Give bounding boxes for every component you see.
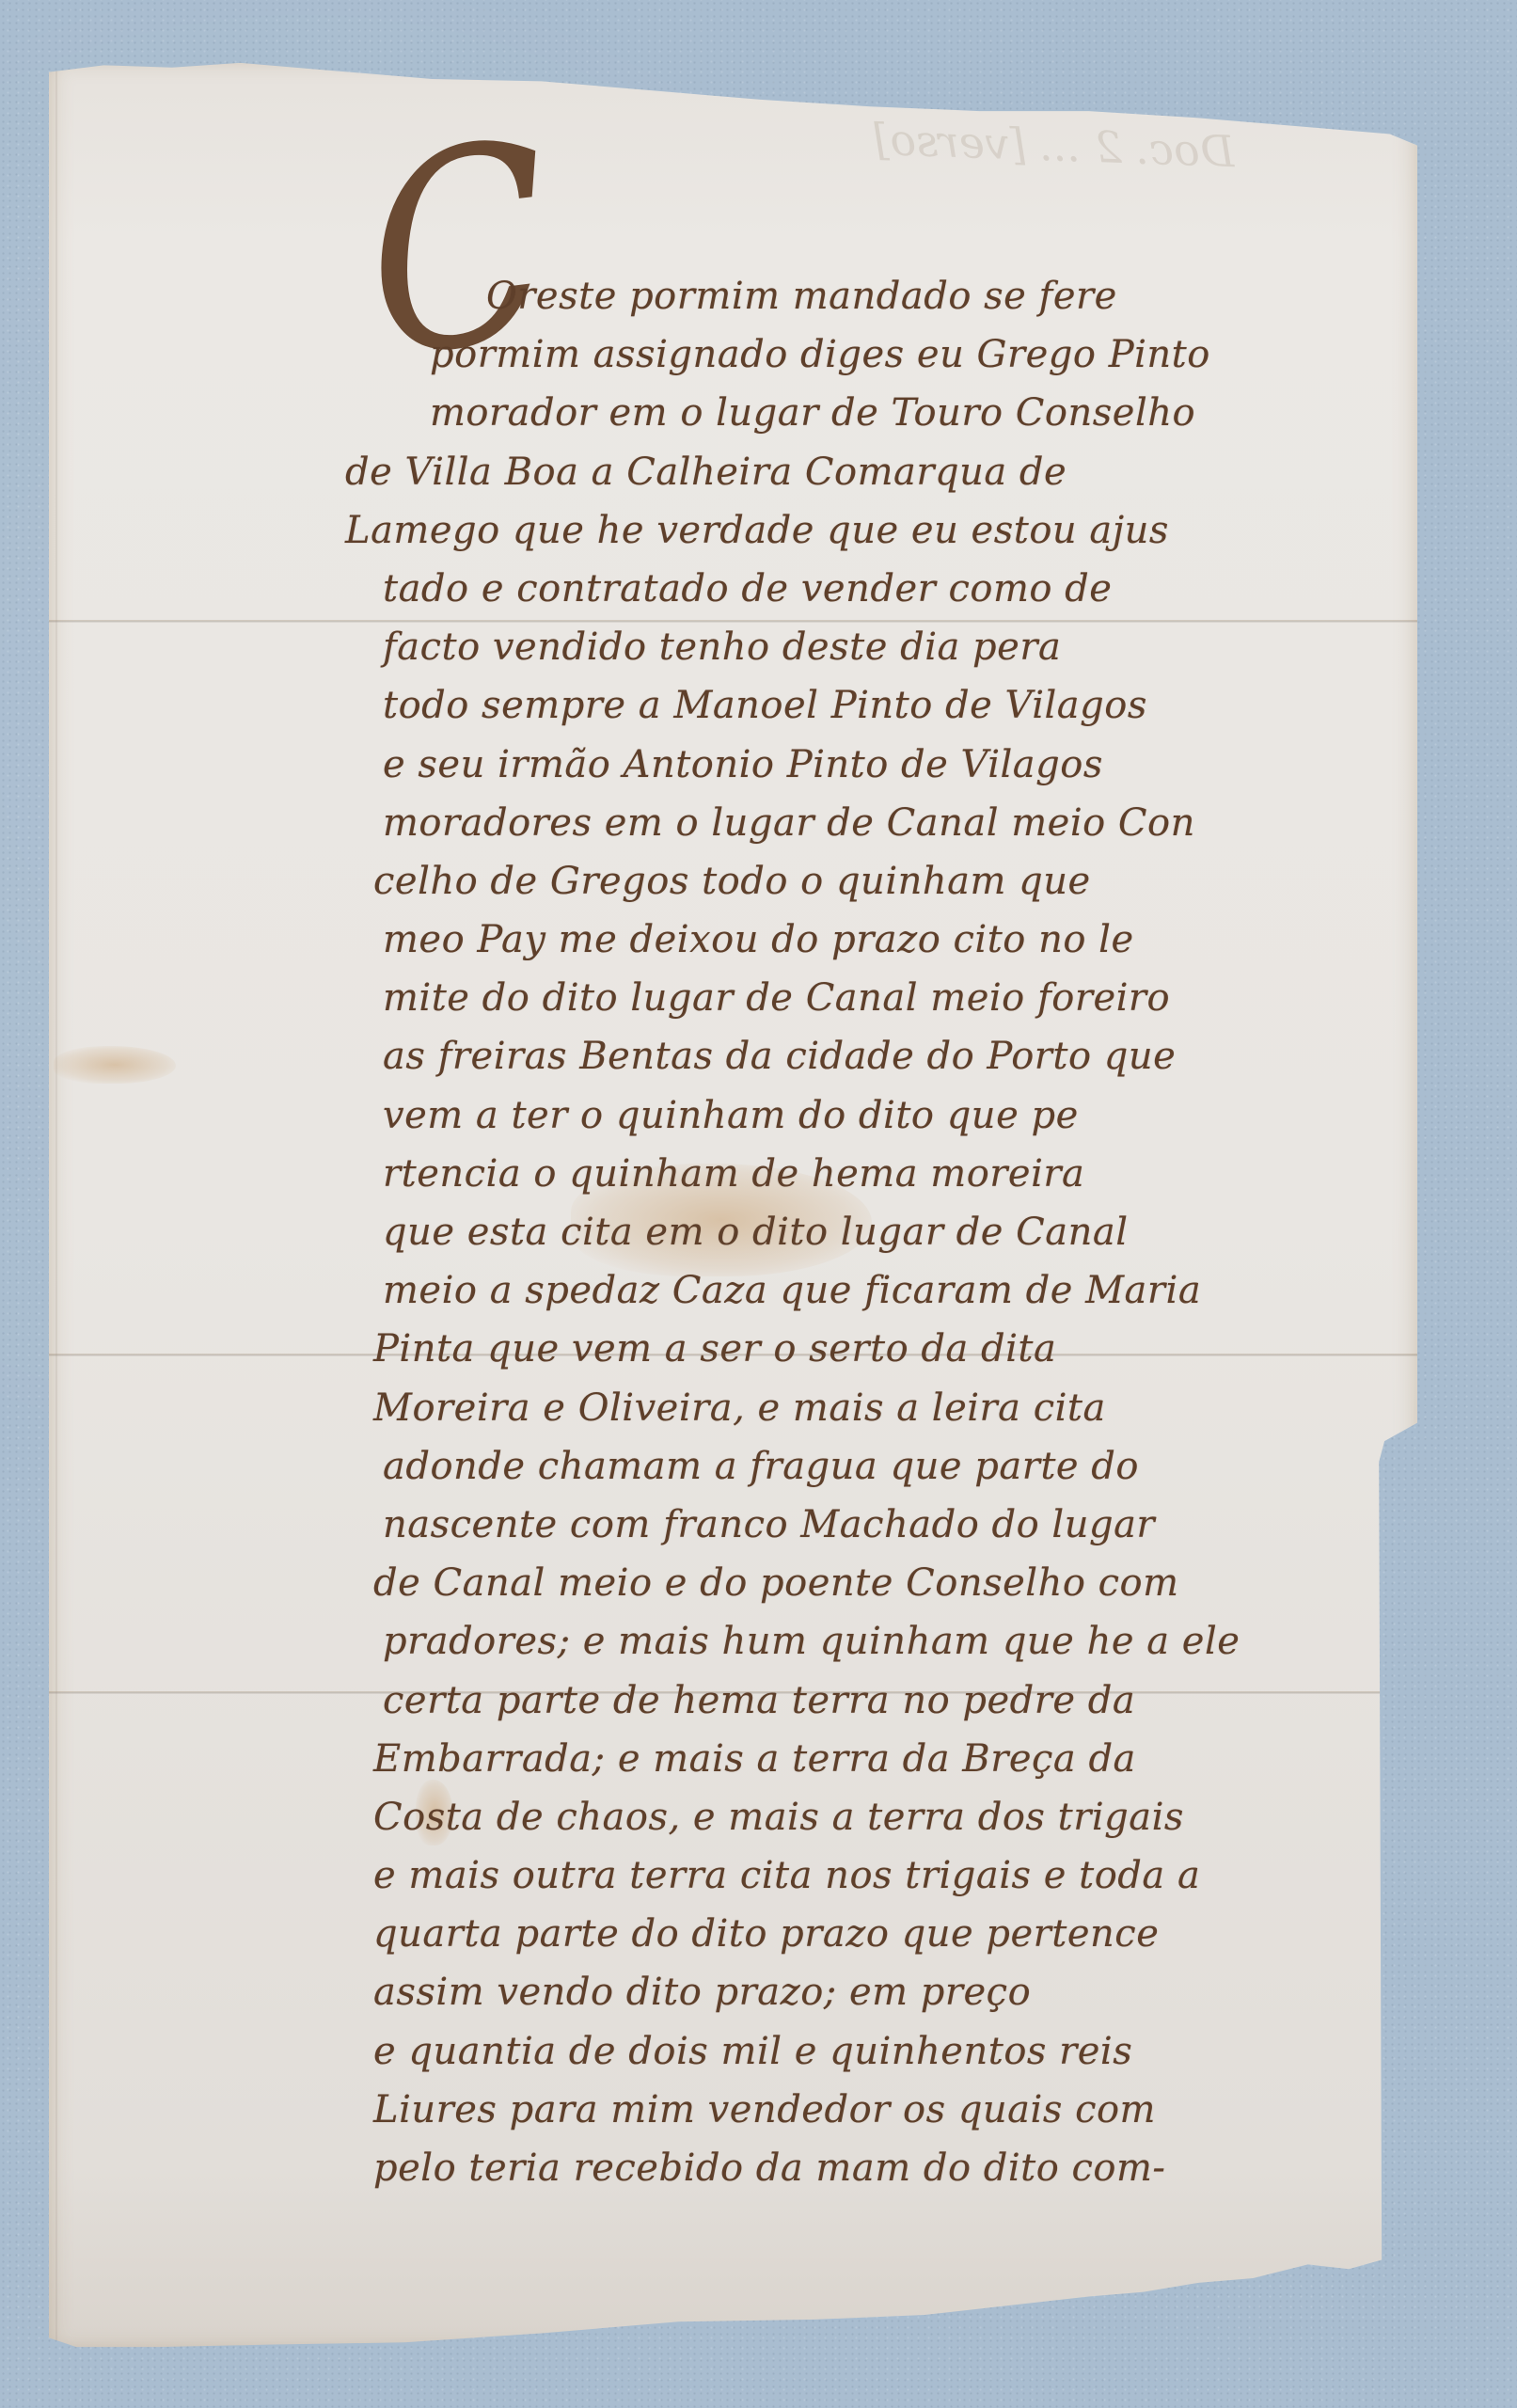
text-line: Lamego que he verdade que eu estou ajus (345, 501, 1427, 560)
text-line: meio a spedaz Caza que ficaram de Maria (383, 1261, 1427, 1320)
text-line: adonde chamam a fragua que parte do (383, 1437, 1427, 1496)
text-line: pormim assignado diges eu Grego Pinto (430, 325, 1427, 384)
text-line: meo Pay me deixou do prazo cito no le (383, 911, 1427, 969)
text-line: de Canal meio e do poente Conselho com (373, 1554, 1427, 1612)
manuscript-page: Doc. 2 ... [verso] C Oreste pormim manda… (49, 58, 1417, 2352)
text-line: e quantia de dois mil e quinhentos reis (373, 2022, 1427, 2081)
text-line: pradores; e mais hum quinham que he a el… (383, 1612, 1427, 1671)
text-line: certa parte de hema terra no pedre da (383, 1671, 1427, 1730)
text-line: mite do dito lugar de Canal meio foreiro (383, 969, 1427, 1027)
text-line: Liures para mim vendedor os quais com (373, 2081, 1427, 2139)
text-line: e seu irmão Antonio Pinto de Vilagos (383, 736, 1427, 794)
handwritten-text-body: Oreste pormim mandado se fere pormim ass… (430, 267, 1427, 2197)
text-line: vem a ter o quinham do dito que pe (383, 1086, 1427, 1145)
text-line: as freiras Bentas da cidade do Porto que (383, 1027, 1427, 1085)
left-edge-crease (55, 58, 57, 2352)
text-line: e mais outra terra cita nos trigais e to… (373, 1846, 1427, 1905)
text-line: morador em o lugar de Touro Conselho (430, 384, 1427, 442)
text-line: moradores em o lugar de Canal meio Con (383, 794, 1427, 852)
text-line: pelo teria recebido da mam do dito com- (373, 2139, 1427, 2197)
text-line: facto vendido tenho deste dia pera (383, 618, 1427, 676)
fold-stain (54, 1046, 176, 1084)
text-line: Embarrada; e mais a terra da Breça da (373, 1730, 1427, 1788)
text-line: Costa de chaos, e mais a terra dos triga… (373, 1788, 1427, 1846)
text-line: que esta cita em o dito lugar de Canal (383, 1203, 1427, 1261)
text-line: todo sempre a Manoel Pinto de Vilagos (383, 676, 1427, 735)
text-line: Pinta que vem a ser o serto da dita (373, 1320, 1427, 1378)
text-line: nascente com franco Machado do lugar (383, 1496, 1427, 1554)
ink-bleed-through: Doc. 2 ... [verso] (574, 103, 1235, 230)
text-line: tado e contratado de vender como de (383, 560, 1427, 618)
text-line: rtencia o quinham de hema moreira (383, 1145, 1427, 1203)
text-line: quarta parte do dito prazo que pertence (373, 1905, 1427, 1963)
text-line: celho de Gregos todo o quinham que (373, 852, 1427, 911)
text-line: Moreira e Oliveira, e mais a leira cita (373, 1379, 1427, 1437)
text-line: assim vendo dito prazo; em preço (373, 1963, 1427, 2021)
text-line: Oreste pormim mandado se fere (430, 267, 1427, 325)
text-line: de Villa Boa a Calheira Comarqua de (345, 443, 1427, 501)
